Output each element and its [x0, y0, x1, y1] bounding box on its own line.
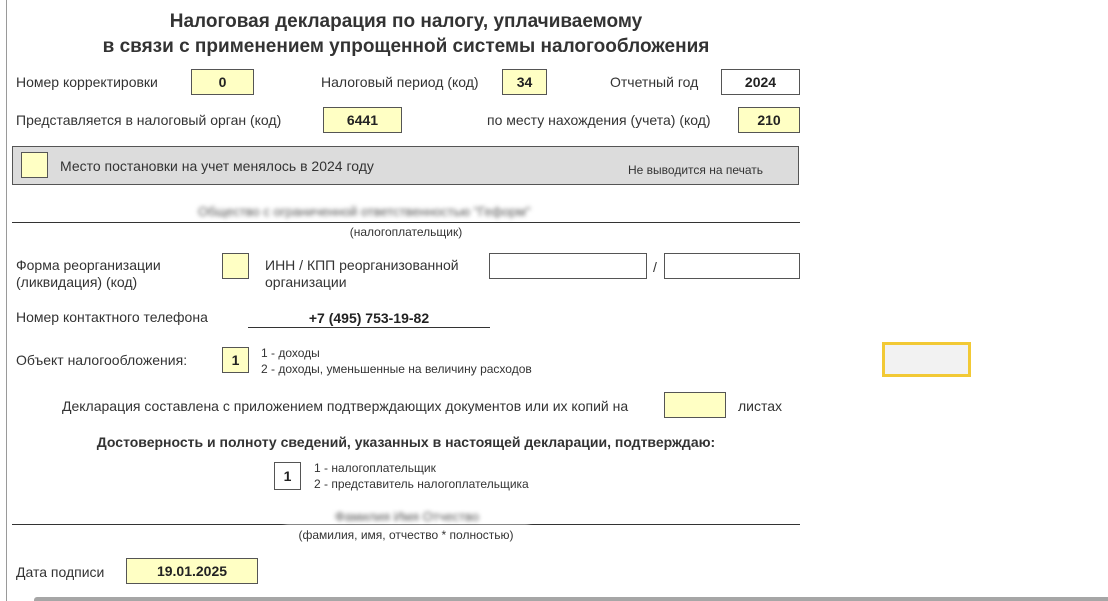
attachments-label: Декларация составлена с приложением подт… — [62, 398, 628, 414]
signer-name: Фамилия Имя Отчество — [285, 509, 529, 524]
confirmation-heading: Достоверность и полноту сведений, указан… — [0, 434, 812, 450]
reorg-label-line2: (ликвидация) (код) — [16, 274, 137, 290]
tax-object-option2: 2 - доходы, уменьшенные на величину расх… — [261, 361, 532, 377]
reorg-form-field[interactable] — [222, 253, 249, 279]
attachments-field[interactable] — [664, 392, 726, 418]
correction-field[interactable]: 0 — [191, 69, 254, 95]
registration-change-checkbox[interactable] — [21, 152, 48, 178]
tax-object-option1: 1 - доходы — [261, 345, 320, 361]
tax-object-field[interactable]: 1 — [222, 347, 249, 373]
reorg-kpp-field[interactable] — [664, 253, 800, 279]
report-year-field[interactable]: 2024 — [721, 69, 800, 95]
reorg-label-line1: Форма реорганизации — [16, 257, 161, 273]
horizontal-scrollbar[interactable] — [34, 597, 1108, 601]
signer-line — [12, 524, 800, 525]
inn-kpp-label-line1: ИНН / КПП реорганизованной — [265, 257, 459, 273]
taxpayer-name: Общество с ограниченной ответственностью… — [198, 204, 530, 219]
inn-kpp-label-line2: организации — [265, 274, 347, 290]
location-field[interactable]: 210 — [738, 107, 800, 133]
registration-change-label: Место постановки на учет менялось в 2024… — [60, 158, 374, 174]
left-border — [6, 0, 7, 601]
signer-type-field[interactable]: 1 — [274, 462, 301, 490]
inn-kpp-separator: / — [653, 259, 657, 275]
tax-authority-label: Представляется в налоговый орган (код) — [16, 112, 281, 128]
page-title-line2: в связи с применением упрощенной системы… — [0, 34, 812, 59]
reorg-inn-field[interactable] — [489, 253, 647, 279]
sign-date-label: Дата подписи — [16, 564, 104, 580]
phone-underline — [248, 327, 490, 328]
page-title-line1: Налоговая декларация по налогу, уплачива… — [0, 9, 812, 34]
correction-label: Номер корректировки — [16, 74, 158, 90]
tax-period-field[interactable]: 34 — [502, 69, 547, 95]
highlighted-empty-field[interactable] — [882, 342, 971, 377]
taxpayer-line — [12, 222, 800, 223]
location-label: по месту нахождения (учета) (код) — [487, 112, 711, 128]
attachments-suffix: листах — [738, 398, 782, 414]
phone-label: Номер контактного телефона — [16, 309, 208, 325]
no-print-note: Не выводится на печать — [628, 163, 763, 177]
sign-date-field[interactable]: 19.01.2025 — [126, 558, 258, 584]
phone-field[interactable]: +7 (495) 753-19-82 — [248, 310, 490, 326]
report-year-label: Отчетный год — [610, 74, 698, 90]
signer-option2: 2 - представитель налогоплательщика — [314, 476, 529, 492]
tax-authority-field[interactable]: 6441 — [323, 107, 402, 133]
taxpayer-caption: (налогоплательщик) — [0, 225, 812, 239]
signer-caption: (фамилия, имя, отчество * полностью) — [0, 528, 812, 542]
signer-option1: 1 - налогоплательщик — [314, 460, 436, 476]
tax-period-label: Налоговый период (код) — [321, 74, 479, 90]
tax-object-label: Объект налогообложения: — [16, 352, 187, 368]
